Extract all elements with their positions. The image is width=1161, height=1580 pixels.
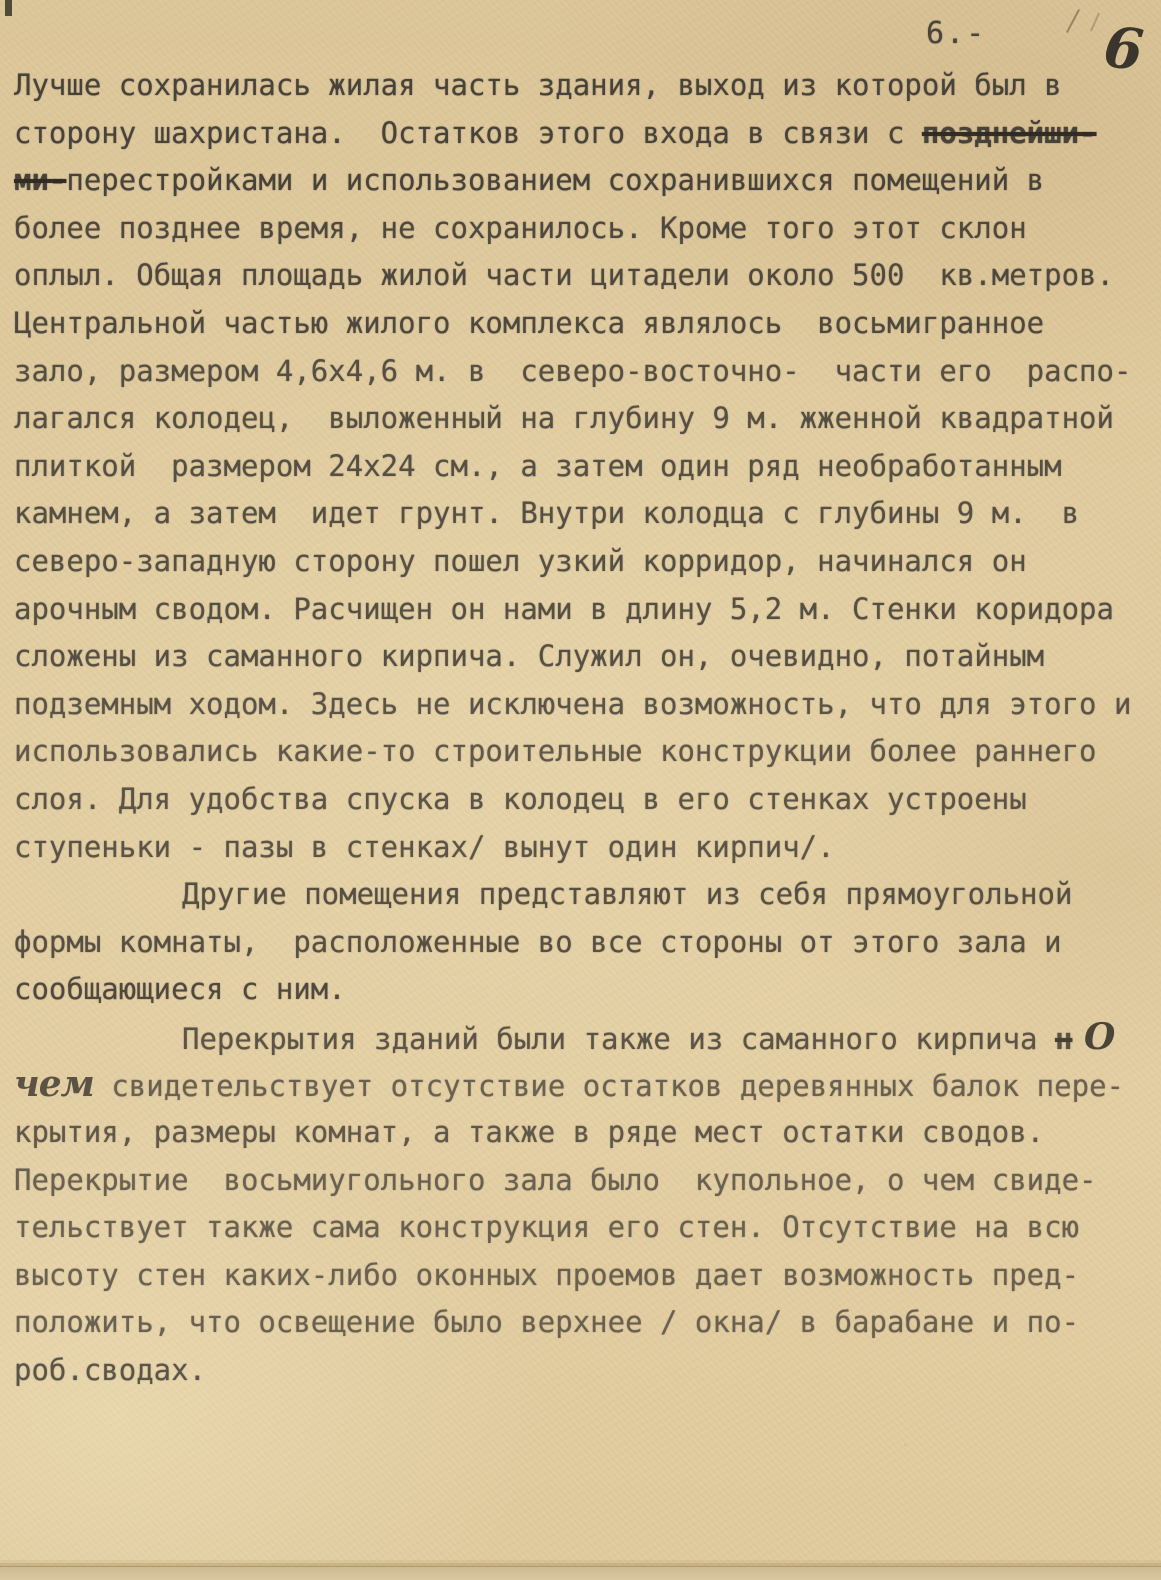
typed-text: роб.сводах. — [14, 1353, 206, 1387]
typed-text: свидетельствует отсутствие остатков дере… — [94, 1069, 1124, 1103]
typed-text: ступеньки - пазы в стенках/ вынут один к… — [14, 830, 835, 864]
text-line: оплыл. Общая площадь жилой части цитадел… — [14, 252, 1161, 300]
text-line: сложены из саманного кирпича. Служил он,… — [14, 633, 1161, 681]
text-line: тельствует также сама конструкция его ст… — [14, 1204, 1161, 1252]
typed-text: сложены из саманного кирпича. Служил он,… — [14, 639, 1044, 673]
text-line: арочным сводом. Расчищен он нами в длину… — [14, 586, 1161, 634]
typed-text: положить, что освещение было верхнее / о… — [14, 1305, 1079, 1339]
typed-text: крытия, размеры комнат, а также в ряде м… — [14, 1115, 1044, 1149]
text-line: более позднее время, не сохранилось. Кро… — [14, 205, 1161, 253]
typewritten-document-page: 6.- 6 Лучше сохранилась жилая часть здан… — [0, 0, 1161, 1580]
text-line: плиткой размером 24х24 см., а затем один… — [14, 443, 1161, 491]
page-bottom-edge — [0, 1566, 1161, 1580]
typed-text: Центральной частью жилого комплекса явля… — [14, 306, 1044, 340]
text-line: Перекрытие восьмиугольного зала было куп… — [14, 1157, 1161, 1205]
typed-text: Лучше сохранилась жилая часть здания, вы… — [14, 68, 1062, 102]
text-line: чем свидетельствует отсутствие остатков … — [14, 1061, 1161, 1109]
text-line: камнем, а затем идет грунт. Внутри колод… — [14, 490, 1161, 538]
typed-text: камнем, а затем идет грунт. Внутри колод… — [14, 496, 1079, 530]
typed-text: более позднее время, не сохранилось. Кро… — [14, 211, 1027, 245]
typed-text: перестройками и использованием сохранивш… — [66, 163, 1044, 197]
typed-text: лагался колодец, выложенный на глубину 9… — [14, 401, 1114, 435]
typed-text: арочным сводом. Расчищен он нами в длину… — [14, 592, 1114, 626]
typed-text: зало, размером 4,6х4,6 м. в северо-восто… — [14, 354, 1131, 388]
handwritten-correction: О — [1072, 1016, 1114, 1058]
text-line: высоту стен каких-либо оконных проемов д… — [14, 1252, 1161, 1300]
text-line: формы комнаты, расположенные во все стор… — [14, 919, 1161, 967]
pen-stroke-mark — [1090, 12, 1100, 31]
text-line: Центральной частью жилого комплекса явля… — [14, 300, 1161, 348]
typed-text: формы комнаты, расположенные во все стор… — [14, 925, 1062, 959]
typed-text: подземным ходом. Здесь не исключена возм… — [14, 687, 1131, 721]
text-line: подземным ходом. Здесь не исключена возм… — [14, 681, 1161, 729]
typed-text: высоту стен каких-либо оконных проемов д… — [14, 1258, 1079, 1292]
typed-text: тельствует также сама конструкция его ст… — [14, 1210, 1079, 1244]
struck-through-text: н — [1055, 1022, 1072, 1056]
typed-text: Другие помещения представляют из себя пр… — [182, 877, 1072, 911]
handwritten-correction: чем — [14, 1063, 94, 1105]
text-line: Перекрытия зданий были также из саманног… — [14, 1014, 1161, 1062]
text-line: использовались какие-то строительные кон… — [14, 728, 1161, 776]
text-line: ступеньки - пазы в стенках/ вынут один к… — [14, 824, 1161, 872]
text-line: положить, что освещение было верхнее / о… — [14, 1299, 1161, 1347]
text-line: зало, размером 4,6х4,6 м. в северо-восто… — [14, 348, 1161, 396]
text-line: ми-перестройками и использованием сохран… — [14, 157, 1161, 205]
corner-ink-mark — [5, 0, 12, 16]
text-line: Лучше сохранилась жилая часть здания, вы… — [14, 62, 1161, 110]
typed-text: плиткой размером 24х24 см., а затем один… — [14, 449, 1062, 483]
typed-text: слоя. Для удобства спуска в колодец в ег… — [14, 782, 1027, 816]
text-line: сообщающиеся с ним. — [14, 966, 1161, 1014]
typed-text: использовались какие-то строительные кон… — [14, 734, 1097, 768]
page-number-typed: 6.- — [926, 16, 986, 51]
typed-text: сообщающиеся с ним. — [14, 972, 346, 1006]
text-line: северо-западную сторону пошел узкий корр… — [14, 538, 1161, 586]
document-body: Лучше сохранилась жилая часть здания, вы… — [14, 62, 1161, 1395]
typed-text: северо-западную сторону пошел узкий корр… — [14, 544, 1027, 578]
text-line: Другие помещения представляют из себя пр… — [14, 871, 1161, 919]
typed-text: оплыл. Общая площадь жилой части цитадел… — [14, 258, 1114, 292]
text-line: крытия, размеры комнат, а также в ряде м… — [14, 1109, 1161, 1157]
struck-through-text: ми- — [14, 163, 66, 197]
typed-text: Перекрытия зданий были также из саманног… — [182, 1022, 1055, 1056]
struck-through-text: позднейши- — [922, 116, 1097, 150]
text-line: сторону шахристана. Остатков этого входа… — [14, 110, 1161, 158]
pen-stroke-mark — [1066, 9, 1080, 33]
typed-text: сторону шахристана. Остатков этого входа… — [14, 116, 922, 150]
text-line: слоя. Для удобства спуска в колодец в ег… — [14, 776, 1161, 824]
text-line: лагался колодец, выложенный на глубину 9… — [14, 395, 1161, 443]
text-line: роб.сводах. — [14, 1347, 1161, 1395]
typed-text: Перекрытие восьмиугольного зала было куп… — [14, 1163, 1097, 1197]
